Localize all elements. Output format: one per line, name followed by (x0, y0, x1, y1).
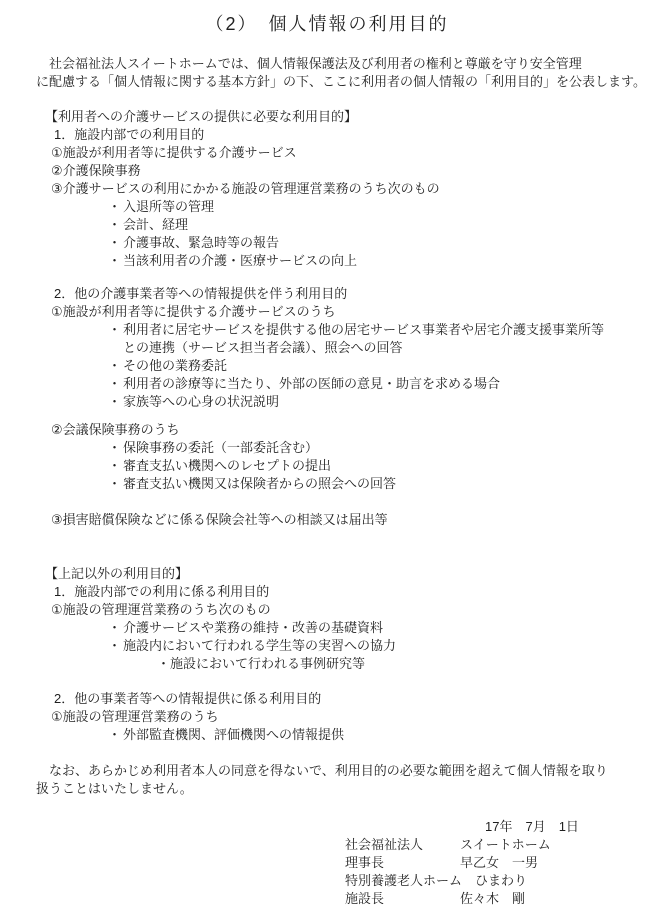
signature-row: 特別養護老人ホーム ひまわり (345, 872, 654, 890)
signature-label: 社会福祉法人 (345, 836, 460, 854)
bullet-icon: ・ (108, 393, 123, 411)
list-item: ・ 外部監査機関、評価機関への情報提供 (108, 726, 654, 744)
list-item: ・ 審査支払い機関へのレセプトの提出 (108, 457, 654, 475)
list-item-text: 施設内において行われる学生等の実習への協力 (123, 637, 396, 655)
closing-line-2: 扱うことはいたしません。 (36, 780, 650, 798)
section1-group1-sub3: ③介護サービスの利用にかかる施設の管理運営業務のうち次のもの (51, 180, 654, 198)
signature-row: 理事長 早乙女 一男 (345, 854, 654, 872)
page-title: （2） 個人情報の利用目的 (0, 13, 654, 35)
bullet-icon: ・ (108, 375, 123, 393)
section2-group1-title: 1．施設内部での利用に係る利用目的 (54, 583, 654, 601)
list-item-text: 利用者に居宅サービスを提供する他の居宅サービス事業者や居宅介護支援事業所等 (123, 321, 604, 339)
list-item-continuation: との連携（サービス担当者会議）、照会への回答 (123, 339, 654, 357)
signature-row: 社会福祉法人 スイートホーム (345, 836, 654, 854)
signature-label: 理事長 (345, 854, 460, 872)
signature-value: スイートホーム (460, 836, 551, 854)
signature-row: 施設長 佐々木 剛 (345, 890, 654, 908)
list-item: ・ 利用者に居宅サービスを提供する他の居宅サービス事業者や居宅介護支援事業所等 (108, 321, 654, 339)
bullet-icon: ・ (108, 726, 123, 744)
list-item-text: 介護事故、緊急時等の報告 (123, 234, 279, 252)
bullet-icon: ・ (108, 457, 123, 475)
section1-group2-title: 2．他の介護事業者等への情報提供を伴う利用目的 (54, 285, 654, 303)
section1-group2-sub2: ②会議保険事務のうち (51, 421, 654, 439)
list-item-extra: ・施設において行われる事例研究等 (157, 655, 654, 673)
bullet-icon: ・ (108, 321, 123, 339)
intro-paragraph: 社会福祉法人スイートホームでは、個人情報保護法及び利用者の権利と尊厳を守り安全管… (36, 55, 650, 91)
bullet-icon: ・ (108, 475, 123, 493)
section2-group2-sub1: ①施設の管理運営業務のうち (51, 708, 654, 726)
bullet-icon: ・ (108, 198, 123, 216)
list-item: ・ 利用者の診療等に当たり、外部の医師の意見・助言を求める場合 (108, 375, 654, 393)
list-item-text: 家族等への心身の状況説明 (123, 393, 279, 411)
closing-line-1: なお、あらかじめ利用者本人の同意を得ないで、利用目的の必要な範囲を超えて個人情報… (36, 762, 650, 780)
bullet-icon: ・ (108, 357, 123, 375)
list-item: ・ 施設内において行われる学生等の実習への協力 (108, 637, 654, 655)
list-item-text: 介護サービスや業務の維持・改善の基礎資料 (123, 619, 383, 637)
list-item-text: 外部監査機関、評価機関への情報提供 (123, 726, 344, 744)
list-item-text: 利用者の診療等に当たり、外部の医師の意見・助言を求める場合 (123, 375, 500, 393)
signature-value: 佐々木 剛 (460, 890, 525, 908)
list-item: ・ 当該利用者の介護・医療サービスの向上 (108, 252, 654, 270)
signature-date: 17年 7月 1日 (345, 818, 654, 836)
list-item: ・ 審査支払い機関又は保険者からの照会への回答 (108, 475, 654, 493)
closing-paragraph: なお、あらかじめ利用者本人の同意を得ないで、利用目的の必要な範囲を超えて個人情報… (36, 762, 650, 798)
list-item: ・ 家族等への心身の状況説明 (108, 393, 654, 411)
signature-label: 施設長 (345, 890, 460, 908)
bullet-icon: ・ (108, 252, 123, 270)
section1-group2-sub1: ①施設が利用者等に提供する介護サービスのうち (51, 303, 654, 321)
list-item-text: 会計、経理 (123, 216, 188, 234)
section1-group1-sub2: ②介護保険事務 (51, 162, 654, 180)
list-item: ・ 会計、経理 (108, 216, 654, 234)
signature-block: 17年 7月 1日 社会福祉法人 スイートホーム 理事長 早乙女 一男 特別養護… (345, 818, 654, 908)
section1-group1-title: 1．施設内部での利用目的 (54, 126, 654, 144)
list-item-text: その他の業務委託 (123, 357, 227, 375)
section1-heading: 【利用者への介護サービスの提供に必要な利用目的】 (45, 108, 654, 126)
bullet-icon: ・ (108, 439, 123, 457)
section2-group2-title: 2．他の事業者等への情報提供に係る利用目的 (54, 690, 654, 708)
section1-group1-sub1: ①施設が利用者等に提供する介護サービス (51, 144, 654, 162)
list-item: ・ 介護事故、緊急時等の報告 (108, 234, 654, 252)
list-item-text: 当該利用者の介護・医療サービスの向上 (123, 252, 357, 270)
bullet-icon: ・ (108, 216, 123, 234)
intro-line-2: に配慮する「個人情報に関する基本方針」の下、ここに利用者の個人情報の「利用目的」… (36, 73, 650, 91)
list-item: ・ 保険事務の委託（一部委託含む） (108, 439, 654, 457)
section2-group1-sub1: ①施設の管理運営業務のうち次のもの (51, 601, 654, 619)
section2-heading: 【上記以外の利用目的】 (45, 565, 654, 583)
signature-value: 早乙女 一男 (460, 854, 538, 872)
list-item: ・ 入退所等の管理 (108, 198, 654, 216)
section1-group2-sub3: ③損害賠償保険などに係る保険会社等への相談又は届出等 (51, 511, 654, 529)
bullet-icon: ・ (108, 637, 123, 655)
list-item-text: 審査支払い機関又は保険者からの照会への回答 (123, 475, 396, 493)
list-item-text: 保険事務の委託（一部委託含む） (123, 439, 318, 457)
bullet-icon: ・ (108, 234, 123, 252)
list-item-text: 審査支払い機関へのレセプトの提出 (123, 457, 331, 475)
list-item-text: 入退所等の管理 (123, 198, 214, 216)
list-item: ・ その他の業務委託 (108, 357, 654, 375)
bullet-icon: ・ (108, 619, 123, 637)
list-item: ・ 介護サービスや業務の維持・改善の基礎資料 (108, 619, 654, 637)
document-page: （2） 個人情報の利用目的 社会福祉法人スイートホームでは、個人情報保護法及び利… (0, 0, 654, 913)
intro-line-1: 社会福祉法人スイートホームでは、個人情報保護法及び利用者の権利と尊厳を守り安全管… (36, 55, 650, 73)
signature-label: 特別養護老人ホーム ひまわり (345, 872, 527, 890)
